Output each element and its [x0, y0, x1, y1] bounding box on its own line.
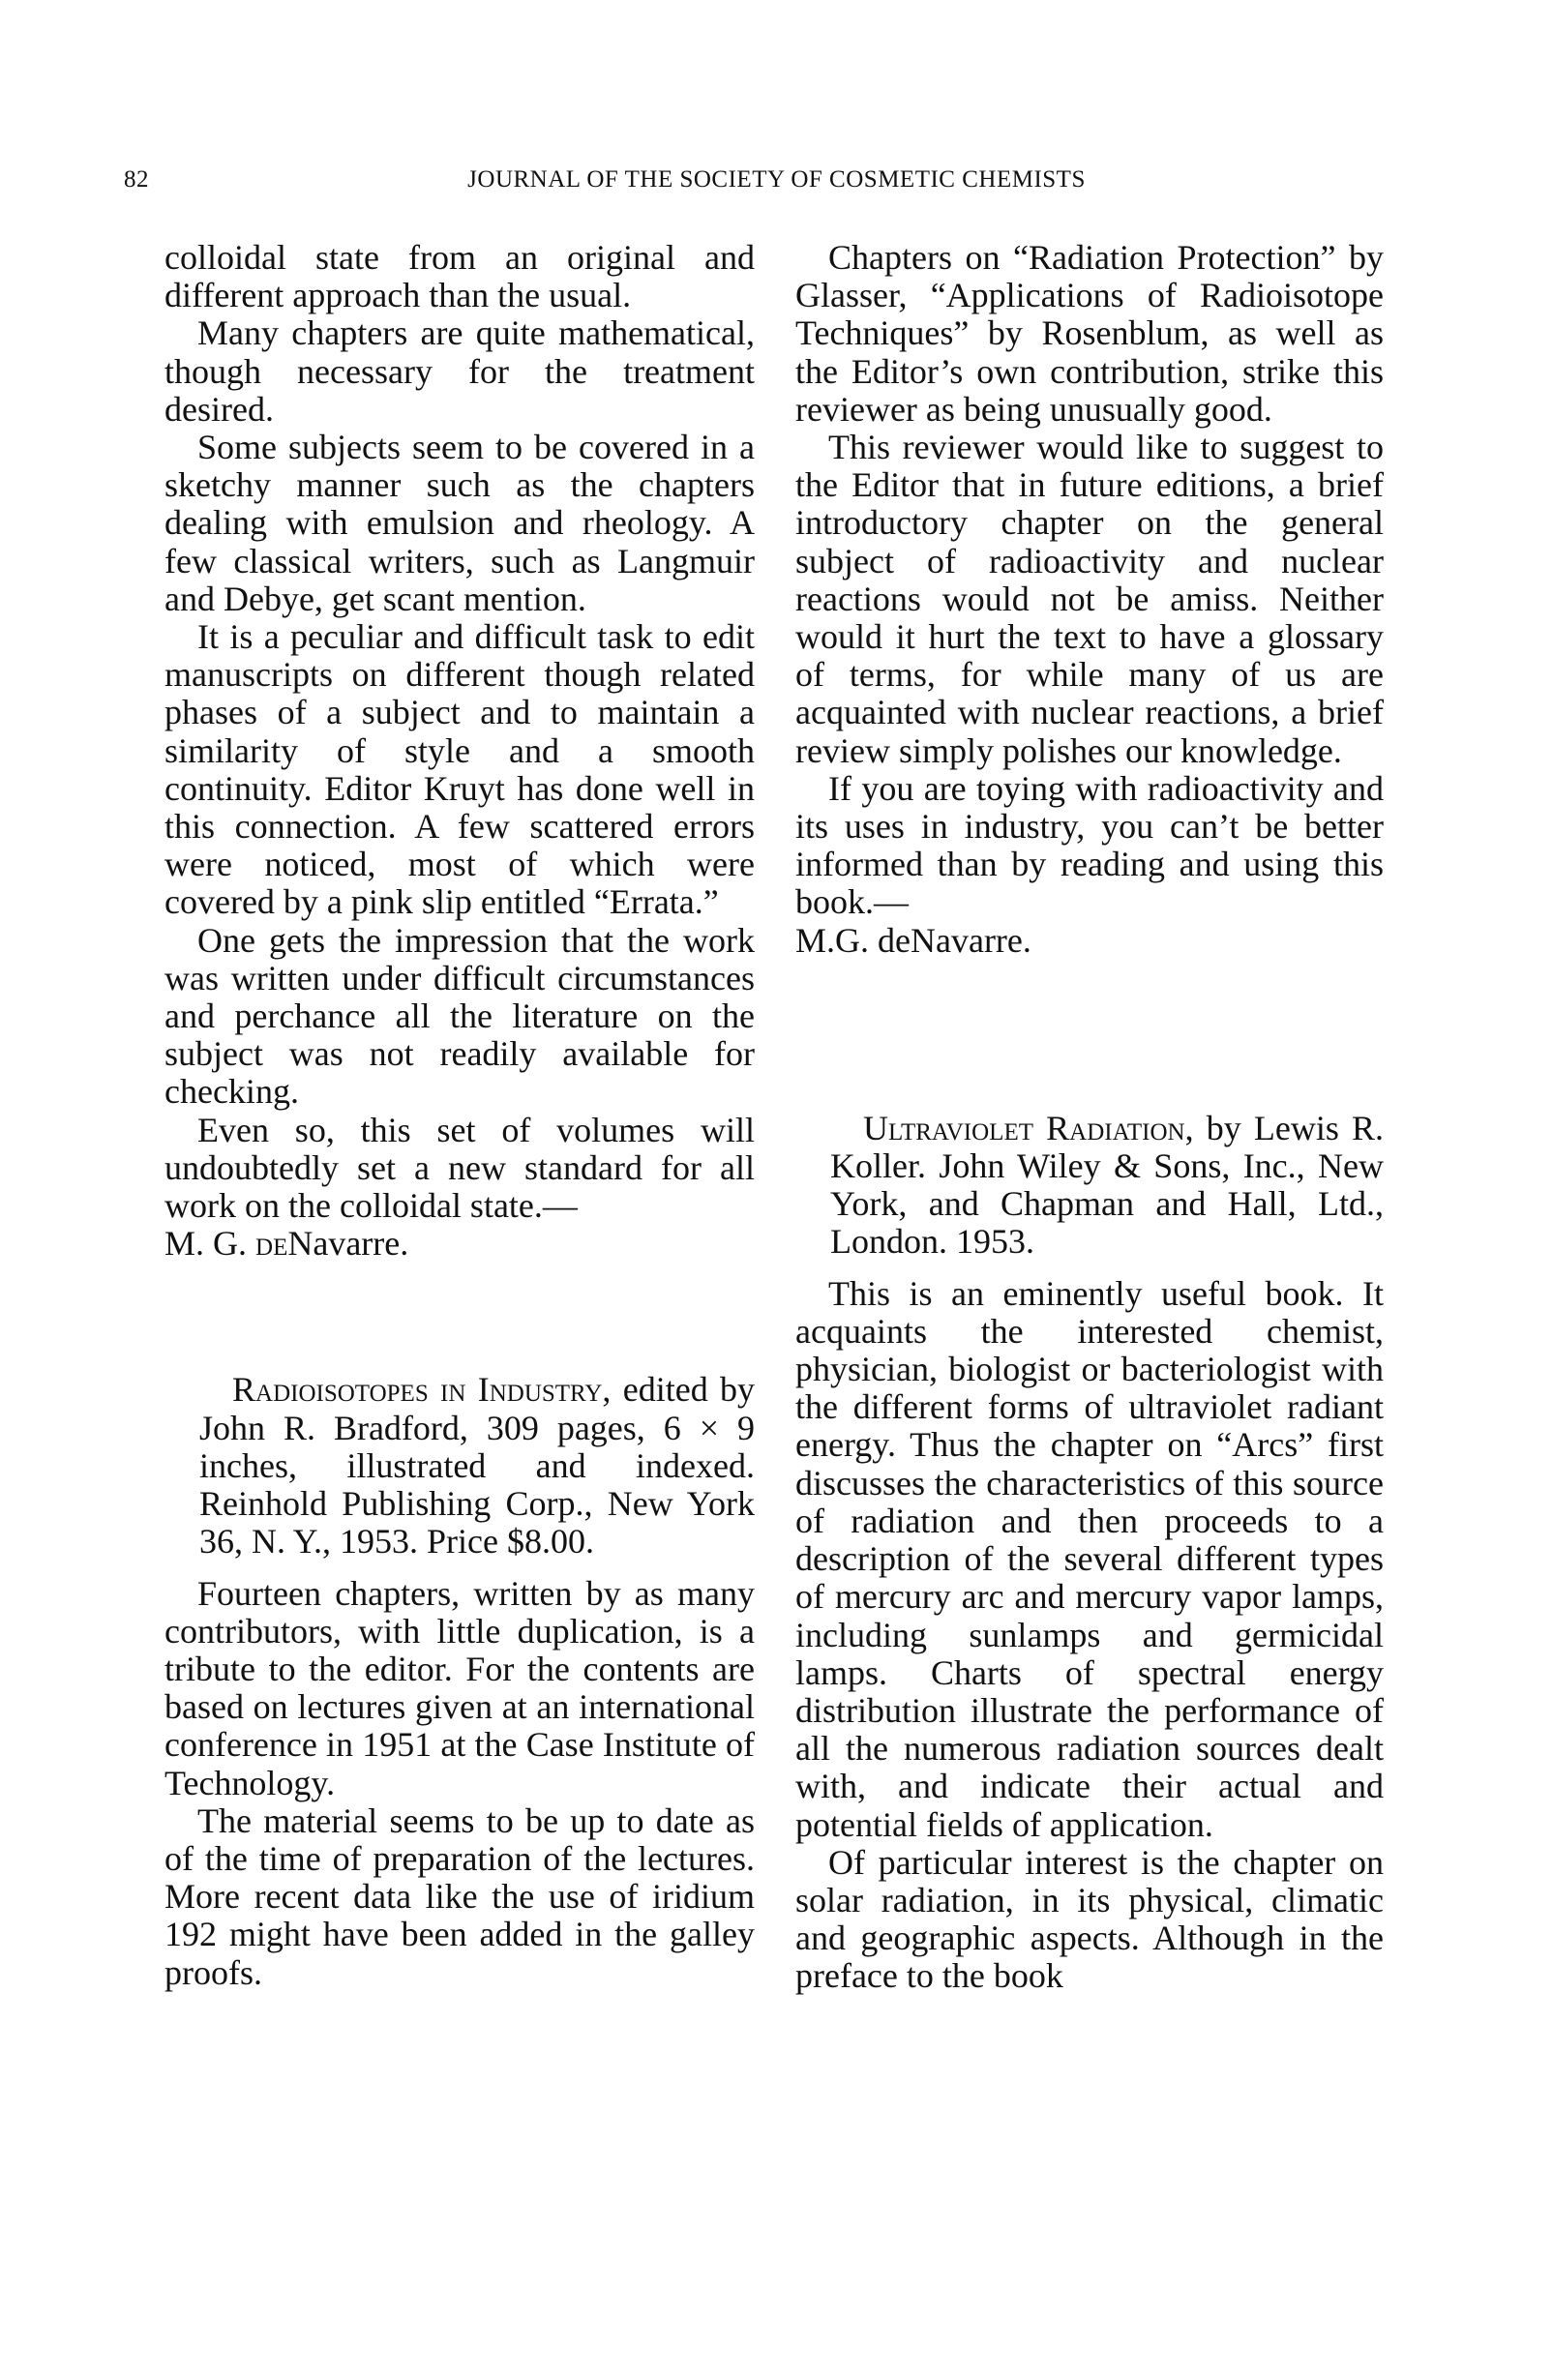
paragraph: Even so, this set of volumes will undoub…	[164, 1112, 755, 1226]
paragraph: Fourteen chapters, written by as many co…	[164, 1575, 755, 1802]
radioisotopes-review: Radioisotopes in Industry, edited by Joh…	[164, 1371, 755, 1991]
running-header: 82 JOURNAL OF THE SOCIETY OF COSMETIC CH…	[0, 166, 1553, 205]
heading-spacer	[795, 1262, 1384, 1275]
reviewer-signature: M.G. deNavarre.	[795, 922, 1384, 960]
paragraph: If you are toying with radioactivity and…	[795, 770, 1384, 922]
right-column: Chapters on “Radiation Protection” by Gl…	[795, 239, 1384, 1996]
paragraph: This reviewer would like to suggest to t…	[795, 429, 1384, 770]
signature-initials: M. G.	[164, 1224, 255, 1263]
radioisotopes-review-continued: Chapters on “Radiation Protection” by Gl…	[795, 239, 1384, 960]
paragraph: Many chapters are quite mathematical, th…	[164, 314, 755, 429]
left-column: colloidal state from an original and dif…	[164, 239, 755, 1992]
review-heading: Radioisotopes in Industry, edited by Joh…	[164, 1371, 755, 1561]
paragraph: This is an eminently useful book. It acq…	[795, 1275, 1384, 1844]
section-spacer	[164, 1263, 755, 1371]
ultraviolet-review: Ultraviolet Radiation, by Lewis R. Kolle…	[795, 1110, 1384, 1996]
paragraph: Chapters on “Radiation Protection” by Gl…	[795, 239, 1384, 429]
reviewer-signature: M. G. deNavarre.	[164, 1225, 755, 1263]
paragraph: colloidal state from an original and dif…	[164, 239, 755, 314]
journal-title: JOURNAL OF THE SOCIETY OF COSMETIC CHEMI…	[0, 166, 1553, 193]
signature-surname: Navarre.	[287, 1224, 408, 1263]
book-title: Radioisotopes in Industry	[232, 1370, 602, 1409]
paragraph: It is a peculiar and difficult task to e…	[164, 618, 755, 922]
paragraph: One gets the impression that the work wa…	[164, 922, 755, 1112]
book-title: Ultraviolet Radiation	[863, 1109, 1185, 1147]
paragraph: Some subjects seem to be covered in a sk…	[164, 429, 755, 618]
review-heading: Ultraviolet Radiation, by Lewis R. Kolle…	[795, 1110, 1384, 1262]
signature-particle: de	[255, 1224, 287, 1263]
paragraph: The material seems to be up to date as o…	[164, 1802, 755, 1992]
colloid-review-continued: colloidal state from an original and dif…	[164, 239, 755, 1263]
paragraph: Of particular interest is the chapter on…	[795, 1844, 1384, 1996]
section-spacer	[795, 960, 1384, 1110]
heading-spacer	[164, 1562, 755, 1575]
